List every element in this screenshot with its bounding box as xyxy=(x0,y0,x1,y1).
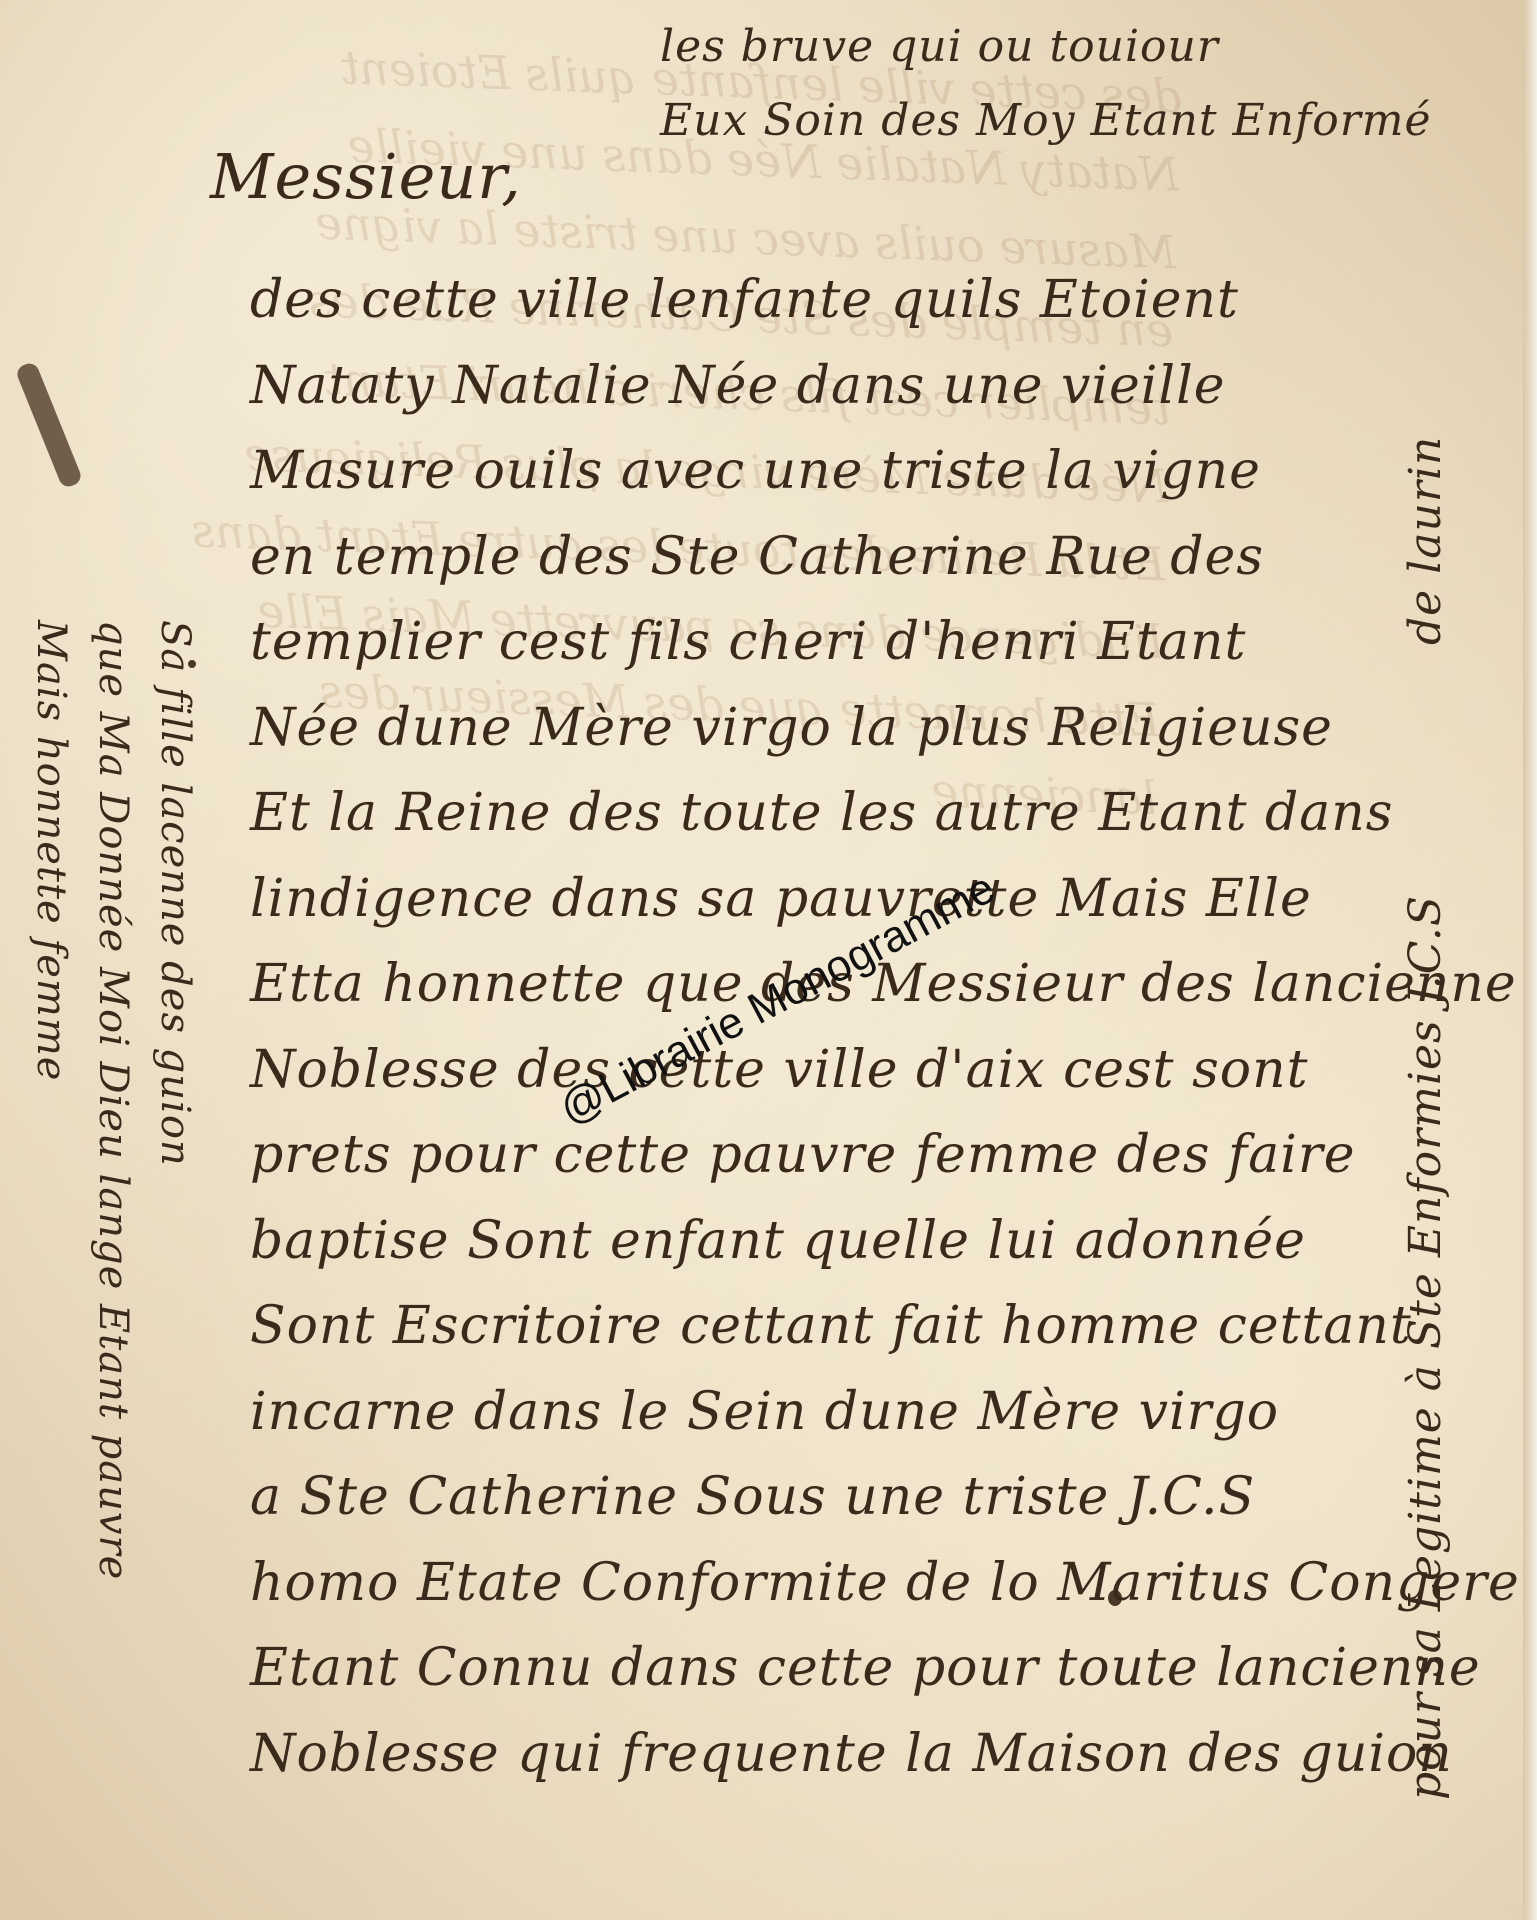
body-line: incarne dans le Sein dune Mère virgo xyxy=(250,1370,1490,1456)
right-margin-text-lower: de laurin xyxy=(1400,436,1451,645)
body-line: Née dune Mère virgo la plus Religieuse xyxy=(250,686,1490,772)
ink-blot xyxy=(14,361,83,490)
body-line: homo Etate Conformite de lo Maritus Cong… xyxy=(250,1541,1490,1627)
body-line: des cette ville lenfante quils Etoient xyxy=(250,258,1490,344)
top-note-line: les bruve qui ou touiour xyxy=(660,10,1432,84)
left-margin-line: que Ma Donnée Moi Dieu lange Etant pauvr… xyxy=(82,620,144,1920)
body-line: Noblesse qui frequente la Maison des gui… xyxy=(250,1712,1490,1798)
top-note-line: Eux Soin des Moy Etant Enformé xyxy=(660,84,1432,158)
body-line: Et la Reine des toute les autre Etant da… xyxy=(250,771,1490,857)
body-line: Masure ouils avec une triste la vigne xyxy=(250,429,1490,515)
body-line: en temple des Ste Catherine Rue des xyxy=(250,515,1490,601)
body-line: prets pour cette pauvre femme des faire xyxy=(250,1113,1490,1199)
salutation: Messieur, xyxy=(210,140,522,213)
body-line: templier cest fils cheri d'henri Etant xyxy=(250,600,1490,686)
body-line: Noblesse des cette ville d'aix cest sont xyxy=(250,1028,1490,1114)
left-margin-note: Sa fille lacenne des guion que Ma Donnée… xyxy=(20,620,206,1920)
top-note: les bruve qui ou touiour Eux Soin des Mo… xyxy=(660,10,1432,158)
letter-body: des cette ville lenfante quils Etoient N… xyxy=(250,258,1490,1797)
paper-edge xyxy=(1523,0,1537,1920)
letter-page: des cette ville lenfante quils Etoient N… xyxy=(0,0,1537,1920)
right-margin-note: pour sa Legitime à Ste Enformies J.C.S d… xyxy=(1400,180,1451,1800)
body-line: Sont Escritoire cettant fait homme cetta… xyxy=(250,1284,1490,1370)
left-margin-line: Mais honnette femme xyxy=(20,620,82,1920)
body-line: baptise Sont enfant quelle lui adonnée xyxy=(250,1199,1490,1285)
right-margin-text: pour sa Legitime à Ste Enformies J.C.S xyxy=(1400,895,1451,1800)
body-line: Etant Connu dans cette pour toute lancie… xyxy=(250,1626,1490,1712)
body-line: a Ste Catherine Sous une triste J.C.S xyxy=(250,1455,1490,1541)
body-line: Nataty Natalie Née dans une vieille xyxy=(250,344,1490,430)
left-margin-line: Sa fille lacenne des guion xyxy=(144,620,206,1920)
